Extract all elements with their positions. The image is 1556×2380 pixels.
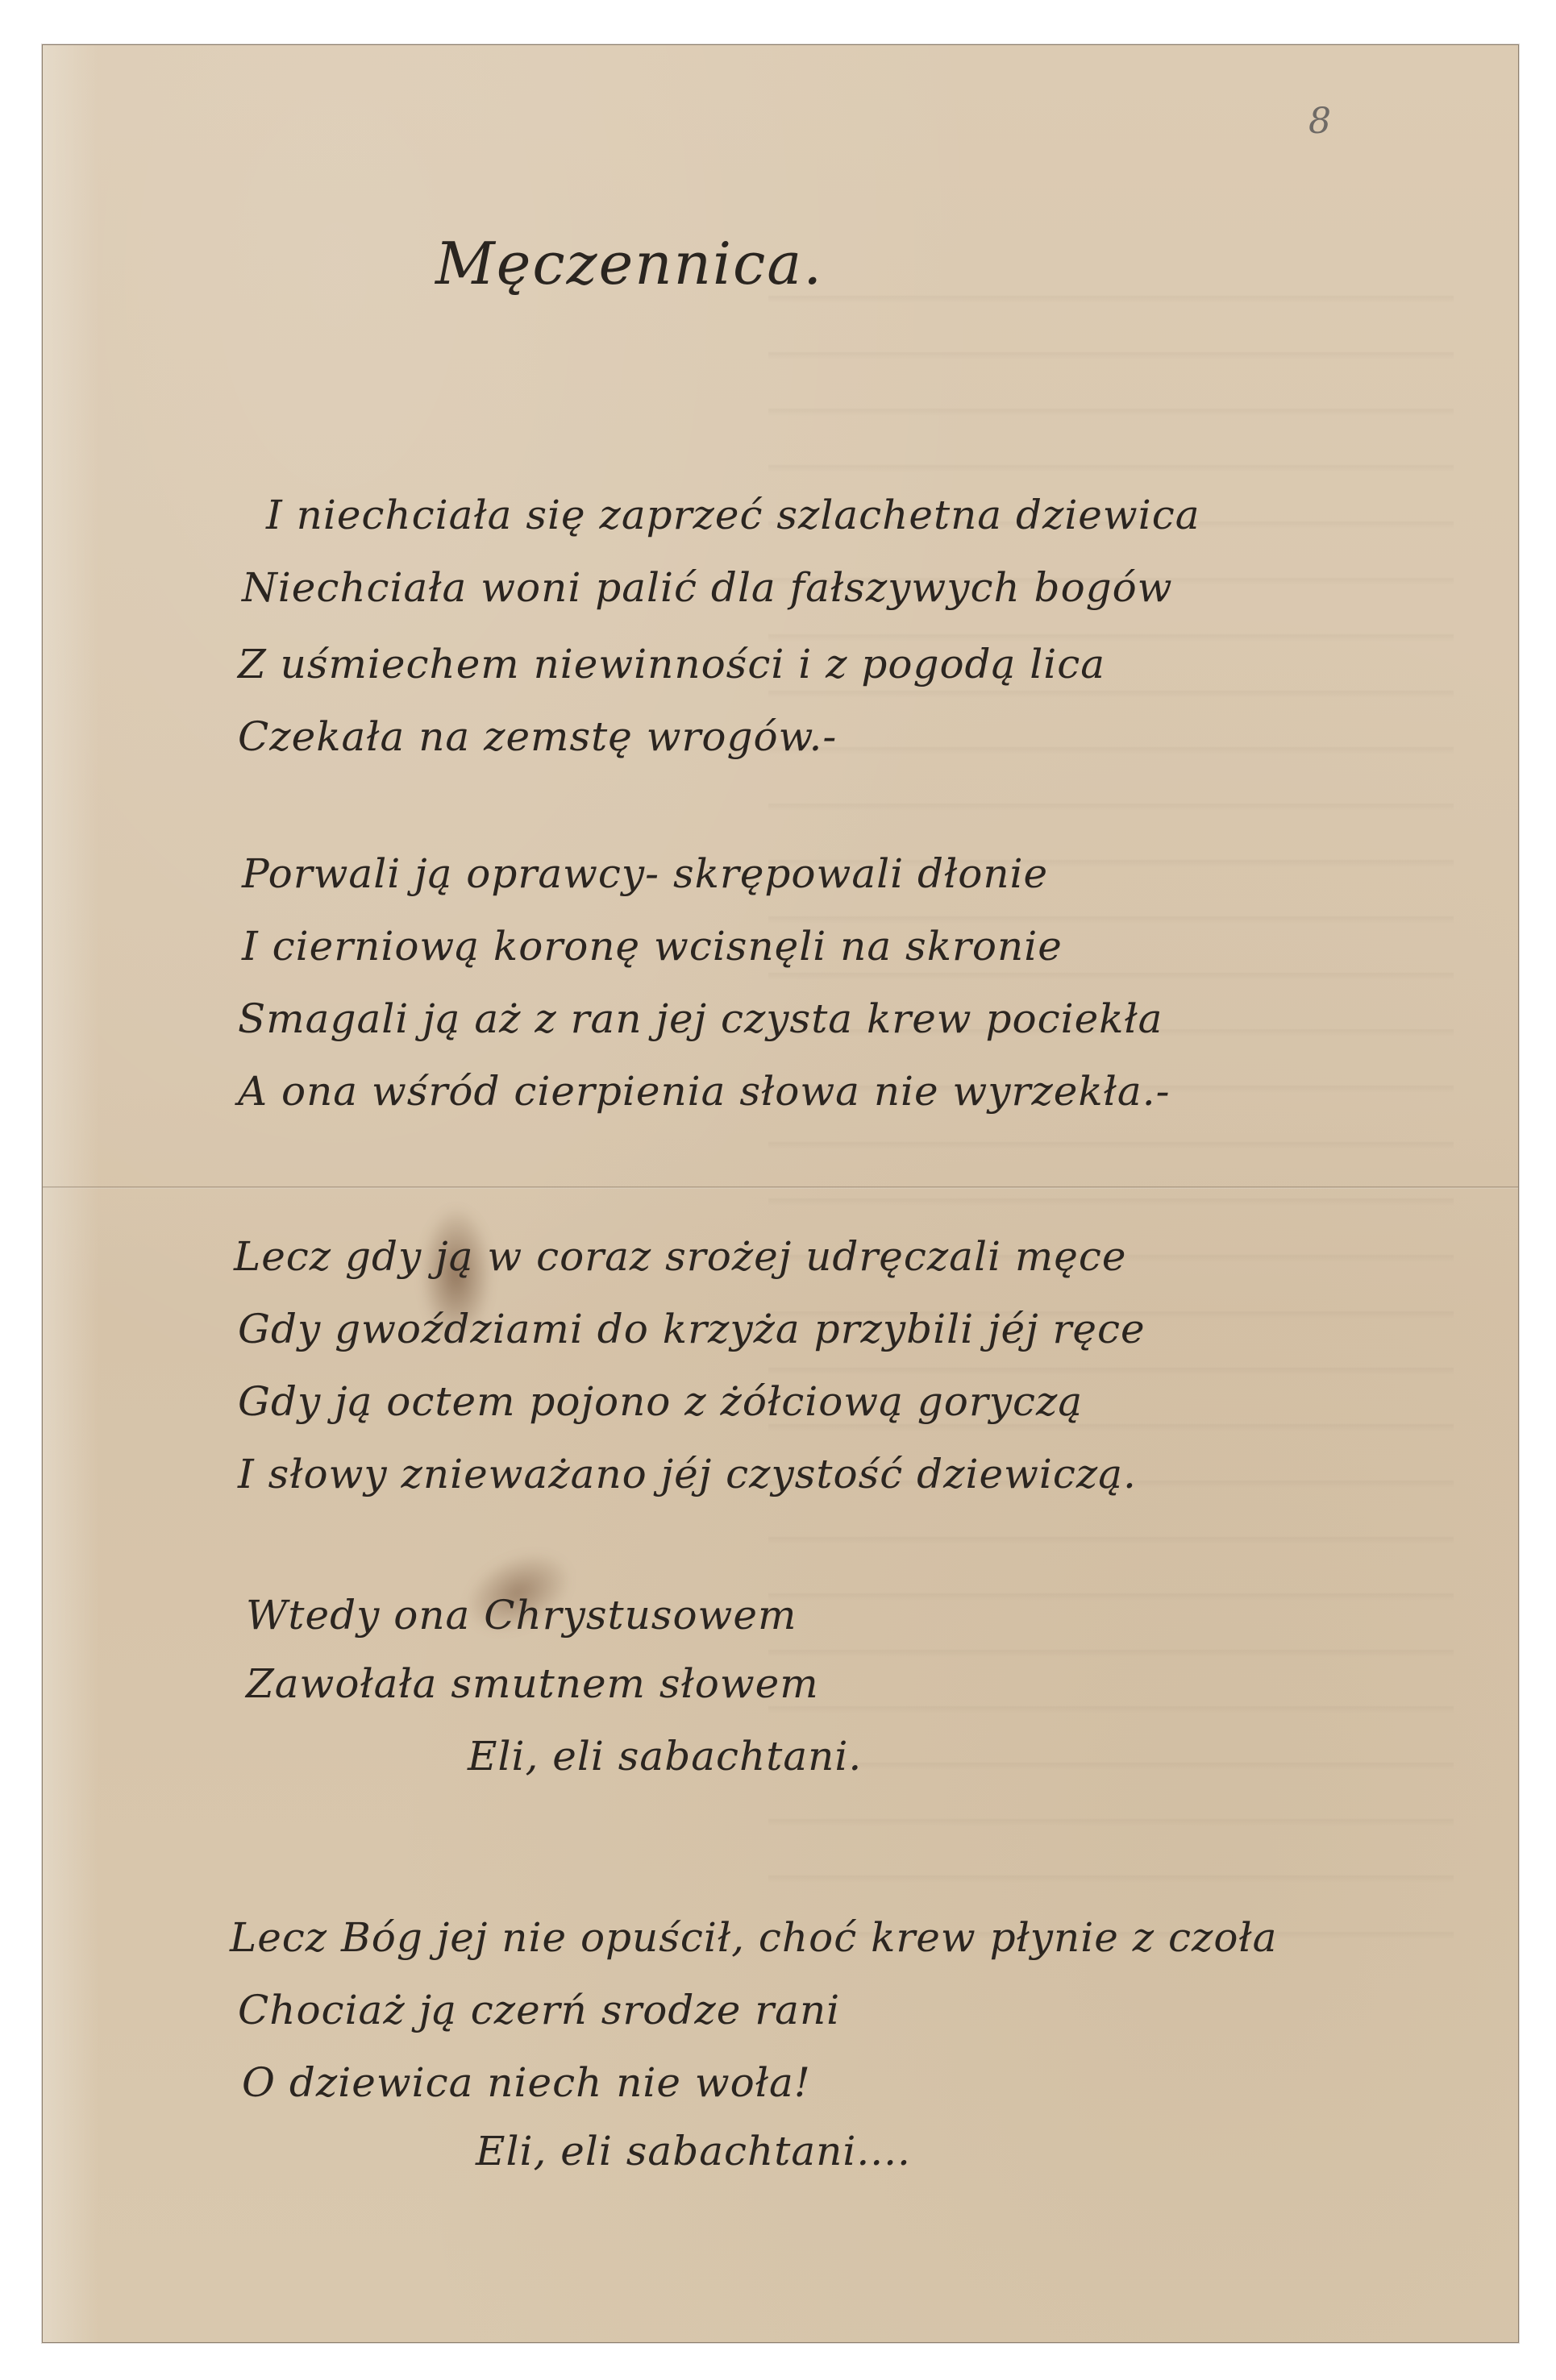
poem-line: Lecz Bóg jej nie opuścił, choć krew płyn… xyxy=(230,1914,1277,1961)
poem-line: Zawołała smutnem słowem xyxy=(246,1660,819,1707)
poem-line-refrain: Eli, eli sabachtani.... xyxy=(476,2128,911,2174)
poem-line: Z uśmiechem niewinności i z pogodą lica xyxy=(238,641,1105,687)
fold-line xyxy=(43,1186,1518,1189)
poem-line: Czekała na zemstę wrogów.- xyxy=(238,713,837,760)
poem-title: Męczennica. xyxy=(435,230,823,297)
page-number: 8 xyxy=(1308,101,1331,142)
poem-line: O dziewica niech nie woła! xyxy=(242,2059,811,2106)
poem-line: I słowy znieważano jéj czystość dziewicz… xyxy=(238,1451,1137,1497)
poem-line-refrain: Eli, eli sabachtani. xyxy=(468,1733,862,1780)
poem-line: Chociaż ją czerń srodze rani xyxy=(238,1987,840,2033)
poem-line: Lecz gdy ją w coraz srożej udręczali męc… xyxy=(234,1233,1126,1280)
poem-line: Niechciała woni palić dla fałszywych bog… xyxy=(242,564,1173,611)
poem-line: Gdy ją octem pojono z żółciową goryczą xyxy=(238,1378,1083,1425)
poem-line: Gdy gwoździami do krzyża przybili jéj rę… xyxy=(238,1306,1146,1352)
poem-line: Smagali ją aż z ran jej czysta krew poci… xyxy=(238,995,1163,1042)
paper-edge-wear xyxy=(43,45,99,2342)
poem-line: I niechciała się zaprzeć szlachetna dzie… xyxy=(266,492,1200,538)
poem-line: Wtedy ona Chrystusowem xyxy=(246,1592,797,1639)
poem-line: Porwali ją oprawcy- skrępowali dłonie xyxy=(242,850,1048,897)
poem-line: I cierniową koronę wcisnęli na skronie xyxy=(242,923,1063,970)
poem-line: A ona wśród cierpienia słowa nie wyrzekł… xyxy=(238,1068,1170,1115)
